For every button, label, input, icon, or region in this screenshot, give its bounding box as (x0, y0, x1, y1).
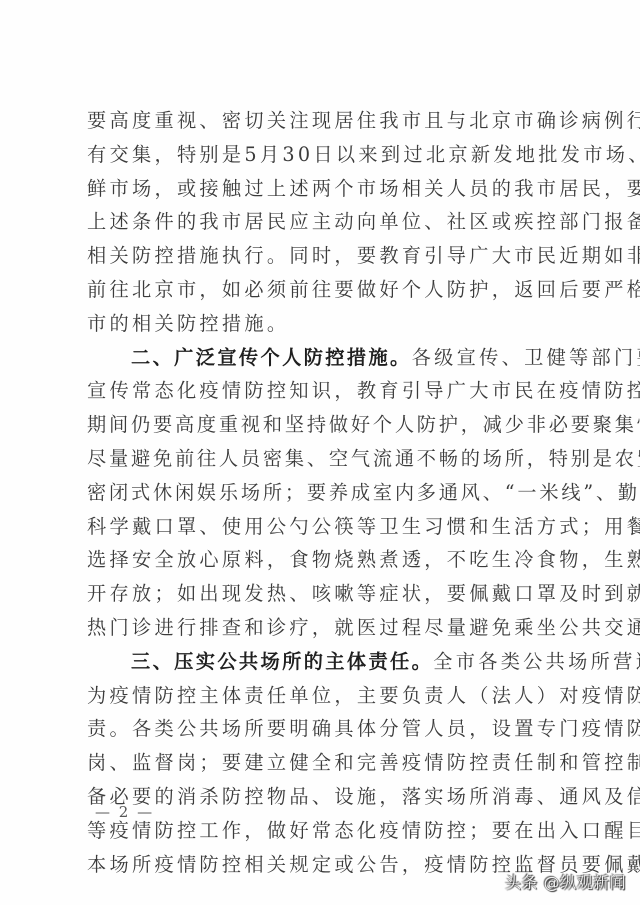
text-line: 为疫情防控主体责任单位，主要负责人（法人）对疫情防控负总 (87, 683, 563, 717)
text-line: 科学戴口罩、使用公勺公筷等卫生习惯和生活方式；用餐时，要 (87, 514, 563, 548)
text-line: 市的相关防控措施。 (87, 311, 563, 345)
text-line: 要高度重视、密切关注现居住我市且与北京市确诊病例行动轨迹 (87, 108, 563, 142)
text-line: 前往北京市，如必须前往要做好个人防护，返回后要严格执行我 (87, 277, 563, 311)
section-3-first-line: 三、压实公共场所的主体责任。全市各类公共场所营运单位 (87, 649, 563, 683)
section-3-first-line-text: 全市各类公共场所营运单位 (433, 650, 640, 673)
section-2-heading: 二、广泛宣传个人防控措施。 (131, 346, 412, 369)
page-number: — 2 — (95, 803, 154, 821)
text-line: 期间仍要高度重视和坚持做好个人防护，减少非必要聚集性活动， (87, 412, 563, 446)
text-line: 尽量避免前往人员密集、空气流通不畅的场所，特别是农贸市场、 (87, 446, 563, 480)
text-line: 开存放；如出现发热、咳嗽等症状，要佩戴口罩及时到就近的发 (87, 581, 563, 615)
text-line: 热门诊进行排查和诊疗，就医过程尽量避免乘坐公共交通工具。 (87, 615, 563, 649)
text-line: 等疫情防控工作，做好常态化疫情防控；要在出入口醒目处张贴 (87, 818, 563, 852)
document-page: 要高度重视、密切关注现居住我市且与北京市确诊病例行动轨迹 有交集，特别是5月30… (0, 0, 640, 905)
text-line: 上述条件的我市居民应主动向单位、社区或疾控部门报备，并按 (87, 209, 563, 243)
text-line: 宣传常态化疫情防控知识，教育引导广大市民在疫情防控常态化 (87, 378, 563, 412)
text-line: 岗、监督岗；要建立健全和完善疫情防控责任制和管控制度、配 (87, 750, 563, 784)
text-line: 鲜市场，或接触过上述两个市场相关人员的我市居民，要求符合 (87, 176, 563, 210)
section-3-heading: 三、压实公共场所的主体责任。 (131, 650, 433, 673)
text-line: 备必要的消杀防控物品、设施，落实场所消毒、通风及信息报告 (87, 784, 563, 818)
document-body: 要高度重视、密切关注现居住我市且与北京市确诊病例行动轨迹 有交集，特别是5月30… (87, 108, 563, 885)
text-line: 选择安全放心原料，食物烧熟煮透，不吃生冷食物，生熟食材分 (87, 547, 563, 581)
text-line: 相关防控措施执行。同时，要教育引导广大市民近期如非必不要 (87, 243, 563, 277)
section-2-first-line: 二、广泛宣传个人防控措施。各级宣传、卫健等部门要广泛 (87, 345, 563, 379)
section-2-first-line-text: 各级宣传、卫健等部门要广泛 (412, 346, 640, 369)
text-line: 本场所疫情防控相关规定或公告，疫情防控监督员要佩戴标志上 (87, 852, 563, 886)
text-line: 有交集，特别是5月30日以来到过北京新发地批发市场、京深海 (87, 142, 563, 176)
text-line: 密闭式休闲娱乐场所；要养成室内多通风、“一米线”、勤洗手、 (87, 480, 563, 514)
text-line: 责。各类公共场所要明确具体分管人员，设置专门疫情防控责任 (87, 716, 563, 750)
source-watermark: 头条 @纵观新闻 (505, 870, 626, 893)
